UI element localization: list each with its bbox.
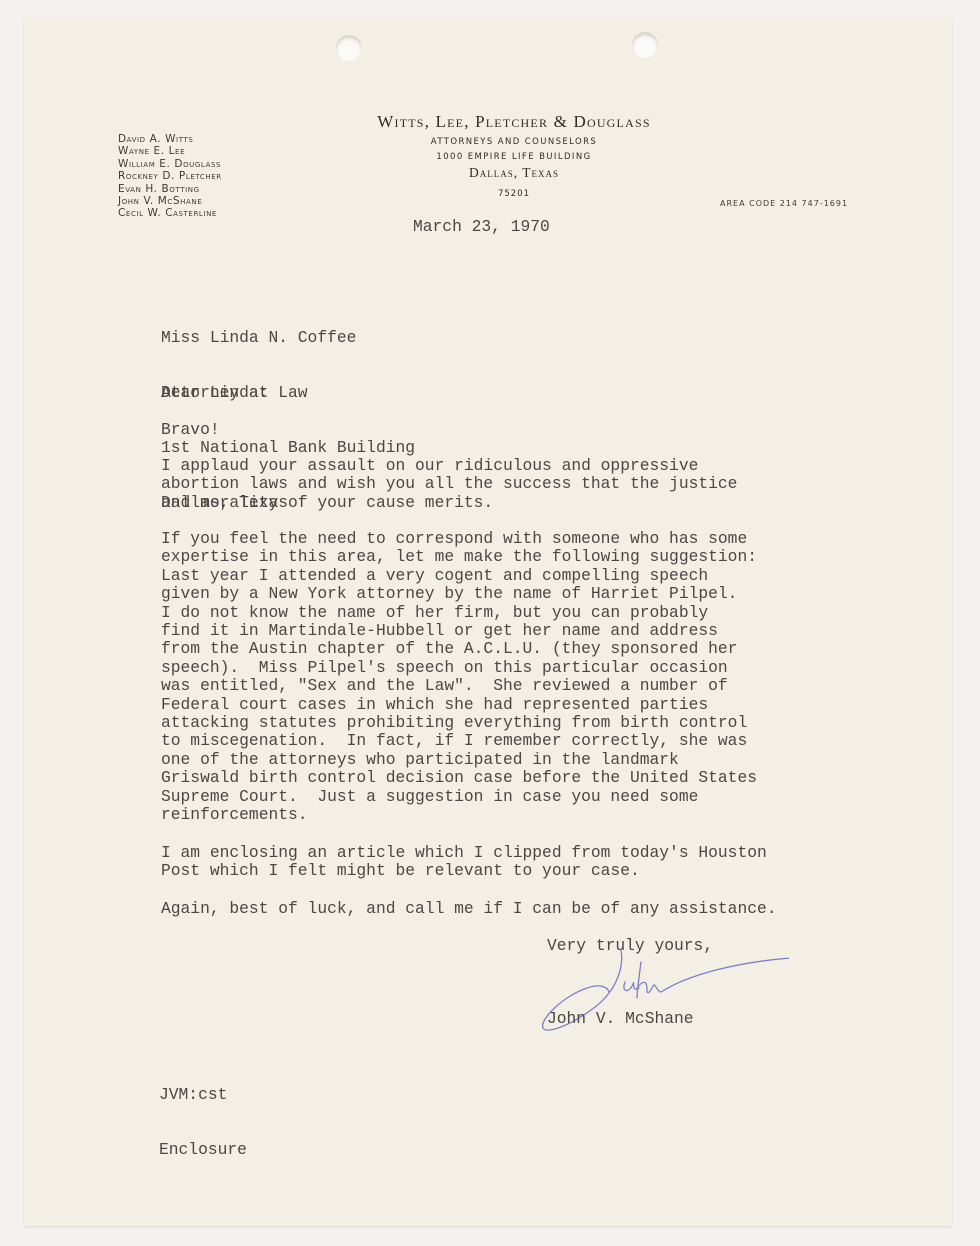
text-line: Griswald birth control decision case bef… — [161, 769, 757, 787]
text-line: was entitled, "Sex and the Law". She rev… — [161, 677, 757, 695]
text-line: Again, best of luck, and call me if I ca… — [161, 900, 777, 918]
text-line: I am enclosing an article which I clippe… — [161, 844, 767, 862]
text-line: reinforcements. — [161, 806, 757, 824]
text-line: from the Austin chapter of the A.C.L.U. … — [161, 640, 757, 658]
text-line: Last year I attended a very cogent and c… — [161, 567, 757, 585]
text-line: given by a New York attorney by the name… — [161, 585, 757, 603]
firm-zip: 75201 — [284, 189, 744, 199]
partner-name: Wayne E. Lee — [118, 145, 222, 157]
firm-tagline: Attorneys and Counselors — [284, 137, 744, 147]
partner-name: Evan H. Botting — [118, 183, 222, 195]
text-line: and morality of your cause merits. — [161, 494, 737, 512]
text-line: attacking statutes prohibiting everythin… — [161, 714, 757, 732]
text-line: Post which I felt might be relevant to y… — [161, 862, 767, 880]
text-line: If you feel the need to correspond with … — [161, 530, 757, 548]
paragraph-4: Again, best of luck, and call me if I ca… — [161, 900, 777, 918]
reference-block: JVM:cst Enclosure — [159, 1049, 247, 1196]
salutation: Dear Linda: — [161, 384, 268, 402]
area-code: AREA CODE 214 747-1691 — [720, 199, 848, 208]
text-line: abortion laws and wish you all the succe… — [161, 475, 737, 493]
text-line: I applaud your assault on our ridiculous… — [161, 457, 737, 475]
punch-hole-icon — [632, 32, 658, 58]
text-line: speech). Miss Pilpel's speech on this pa… — [161, 659, 757, 677]
text-line: I do not know the name of her firm, but … — [161, 604, 757, 622]
partner-name: David A. Witts — [118, 133, 222, 145]
partner-list: David A. Witts Wayne E. Lee William E. D… — [118, 133, 222, 220]
text-line: one of the attorneys who participated in… — [161, 751, 757, 769]
partner-name: John V. McShane — [118, 195, 222, 207]
letter-date: March 23, 1970 — [413, 218, 550, 236]
text-line: expertise in this area, let me make the … — [161, 548, 757, 566]
address-line: Miss Linda N. Coffee — [161, 329, 415, 347]
signer-name: John V. McShane — [547, 1010, 694, 1028]
enclosure-note: Enclosure — [159, 1141, 247, 1159]
text-line: to miscegenation. In fact, if I remember… — [161, 732, 757, 750]
letter-paper: David A. Witts Wayne E. Lee William E. D… — [24, 17, 952, 1226]
punch-hole-icon — [336, 35, 362, 61]
paragraph-2: If you feel the need to correspond with … — [161, 530, 757, 825]
firm-name: Witts, Lee, Pletcher & Douglass — [284, 112, 744, 132]
firm-building: 1000 Empire Life Building — [284, 152, 744, 162]
paragraph-1: I applaud your assault on our ridiculous… — [161, 457, 737, 512]
text-line: find it in Martindale-Hubbell or get her… — [161, 622, 757, 640]
reference-initials: JVM:cst — [159, 1086, 247, 1104]
text-line: Supreme Court. Just a suggestion in case… — [161, 788, 757, 806]
text-line: Federal court cases in which she had rep… — [161, 696, 757, 714]
partner-name: William E. Douglass — [118, 158, 222, 170]
partner-name: Rockney D. Pletcher — [118, 170, 222, 182]
address-line: 1st National Bank Building — [161, 439, 415, 457]
opening-line: Bravo! — [161, 421, 220, 439]
letterhead: Witts, Lee, Pletcher & Douglass Attorney… — [284, 112, 744, 199]
partner-name: Cecil W. Casterline — [118, 207, 222, 219]
paragraph-3: I am enclosing an article which I clippe… — [161, 844, 767, 881]
firm-city: Dallas, Texas — [284, 165, 744, 181]
